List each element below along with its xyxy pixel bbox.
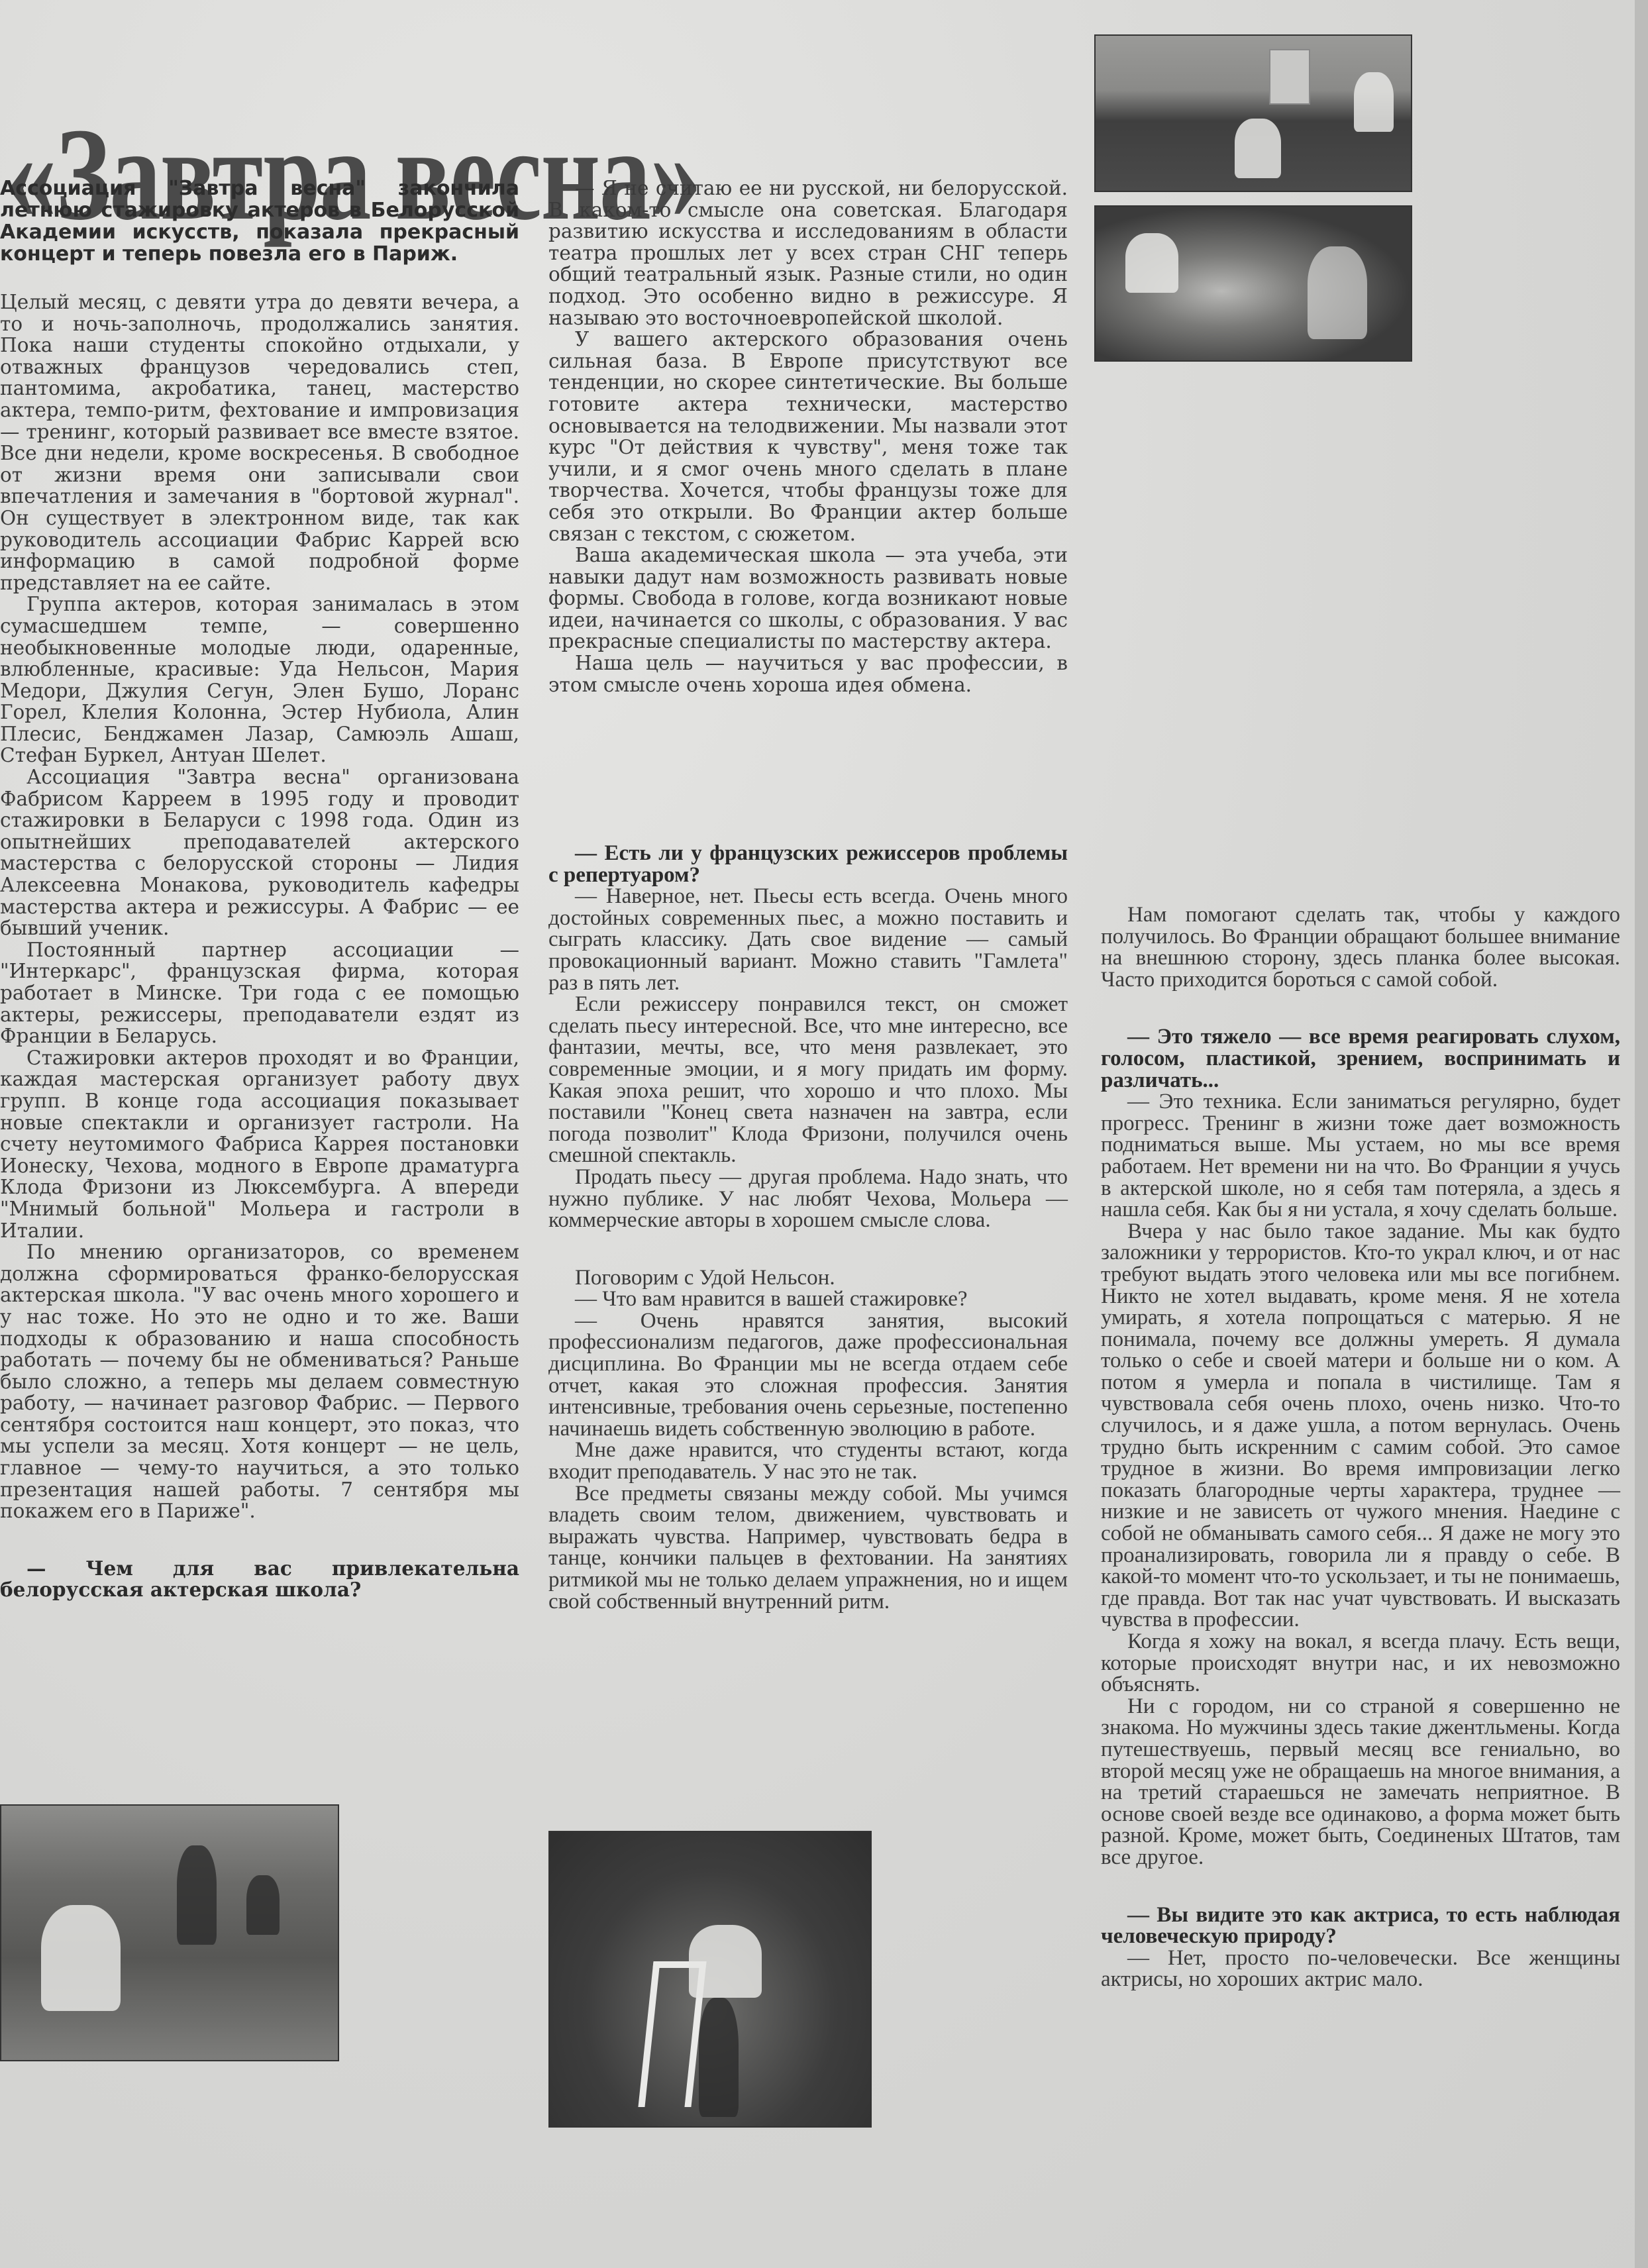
column-3: Нам помогают сделать так, чтобы у каждог… xyxy=(1101,904,1620,1990)
floor-exercise-photo xyxy=(0,1804,339,2061)
interview-question: — Чем для вас привлекательна белорусская… xyxy=(0,1558,519,1601)
paragraph: — Нет, просто по-человечески. Все женщин… xyxy=(1101,1947,1620,1990)
interview-question: — Вы видите это как актриса, то есть наб… xyxy=(1101,1904,1620,1947)
paragraph: — Я не считаю ее ни русской, ни белорусс… xyxy=(548,178,1068,329)
paragraph: Стажировки актеров проходят и во Франции… xyxy=(0,1047,519,1241)
column-2-continued: — Есть ли у французских режиссеров пробл… xyxy=(548,843,1068,1612)
paragraph: Наша цель — научиться у вас профессии, в… xyxy=(548,652,1068,696)
article-lead: Ассоциация "Завтра весна" закончила летн… xyxy=(0,178,519,265)
paragraph: Ни с городом, ни со страной я совершенно… xyxy=(1101,1696,1620,1869)
interview-question: — Это тяжело — все время реагировать слу… xyxy=(1101,1026,1620,1091)
paragraph: — Это техника. Если заниматься регулярно… xyxy=(1101,1091,1620,1221)
paragraph: Все предметы связаны между собой. Мы учи… xyxy=(548,1483,1068,1613)
paragraph: Вчера у нас было такое задание. Мы как б… xyxy=(1101,1221,1620,1631)
paragraph: Ваша академическая школа — эта учеба, эт… xyxy=(548,544,1068,652)
paragraph: У вашего актерского образования очень си… xyxy=(548,329,1068,544)
column-2: — Я не считаю ее ни русской, ни белорусс… xyxy=(548,178,1068,696)
paragraph: Мне даже нравится, что студенты встают, … xyxy=(548,1439,1068,1482)
interview-intro: Поговорим с Удой Нельсон. xyxy=(548,1267,1068,1289)
page-edge xyxy=(1635,0,1648,2268)
paragraph: Продать пьесу — другая проблема. Надо зн… xyxy=(548,1166,1068,1231)
paragraph: Если режиссеру понравился текст, он смож… xyxy=(548,994,1068,1166)
chair-performance-photo xyxy=(548,1831,872,2128)
paragraph: По мнению организаторов, со временем дол… xyxy=(0,1241,519,1522)
paragraph: Группа актеров, которая занималась в это… xyxy=(0,593,519,766)
paragraph: Постоянный партнер ассоциации — "Интерка… xyxy=(0,939,519,1047)
paragraph: Ассоциация "Завтра весна" организована Ф… xyxy=(0,766,519,939)
dance-movement-photo xyxy=(1094,205,1412,362)
column-1: Ассоциация "Завтра весна" закончила летн… xyxy=(0,178,519,1601)
paragraph: Целый месяц, с девяти утра до девяти веч… xyxy=(0,291,519,593)
paragraph: — Наверное, нет. Пьесы есть всегда. Очен… xyxy=(548,886,1068,994)
paragraph: Когда я хожу на вокал, я всегда плачу. Е… xyxy=(1101,1631,1620,1696)
paragraph: — Очень нравятся занятия, высокий профес… xyxy=(548,1310,1068,1440)
group-sitting-on-floor-photo xyxy=(1094,34,1412,192)
interview-question: — Есть ли у французских режиссеров пробл… xyxy=(548,843,1068,886)
paragraph: Нам помогают сделать так, чтобы у каждог… xyxy=(1101,904,1620,990)
interview-question: — Что вам нравится в вашей стажировке? xyxy=(548,1288,1068,1310)
